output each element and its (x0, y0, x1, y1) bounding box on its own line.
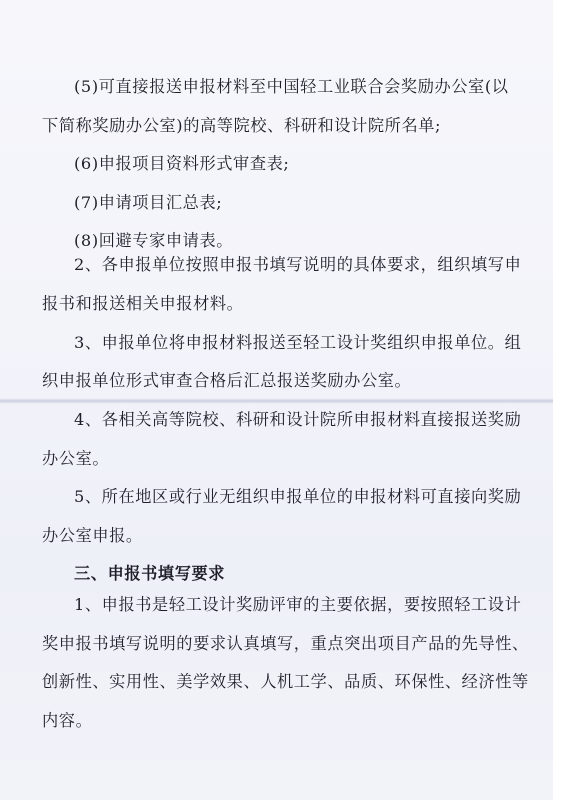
document-page: (5)可直接报送申报材料至中国轻工业联合会奖励办公室(以 下简称奖励办公室)的高… (0, 0, 553, 800)
text-line: 办公室申报。 (42, 526, 143, 546)
text-line: 2、各申报单位按照申报书填写说明的具体要求，组织填写申 (74, 255, 521, 275)
text-line: 创新性、实用性、美学效果、人机工学、品质、环保性、经济性等 (42, 672, 529, 692)
text-line: 奖申报书填写说明的要求认真填写，重点突出项目产品的先导性、 (42, 634, 529, 654)
paper-fold (0, 398, 553, 404)
text-line: 内容。 (42, 711, 92, 731)
text-line: 3、申报单位将申报材料报送至轻工设计奖组织申报单位。组 (74, 333, 521, 353)
text-line: 办公室。 (42, 449, 109, 469)
text-line: (6)申报项目资料形式审查表; (74, 154, 289, 174)
text-line: (5)可直接报送申报材料至中国轻工业联合会奖励办公室(以 (74, 77, 509, 97)
text-line: (8)回避专家申请表。 (74, 231, 233, 251)
section-heading: 三、申报书填写要求 (74, 564, 225, 584)
text-line: 5、所在地区或行业无组织申报单位的申报材料可直接向奖励 (74, 487, 521, 507)
text-line: 织申报单位形式审查合格后汇总报送奖励办公室。 (42, 371, 411, 391)
text-line: 报书和报送相关申报材料。 (42, 294, 243, 314)
text-line: (7)申请项目汇总表; (74, 193, 222, 213)
scan-edge (553, 0, 567, 800)
text-line: 下简称奖励办公室)的高等院校、科研和设计院所名单; (42, 116, 441, 136)
text-line: 1、申报书是轻工设计奖励评审的主要依据，要按照轻工设计 (74, 595, 521, 615)
text-line: 4、各相关高等院校、科研和设计院所申报材料直接报送奖励 (74, 410, 521, 430)
